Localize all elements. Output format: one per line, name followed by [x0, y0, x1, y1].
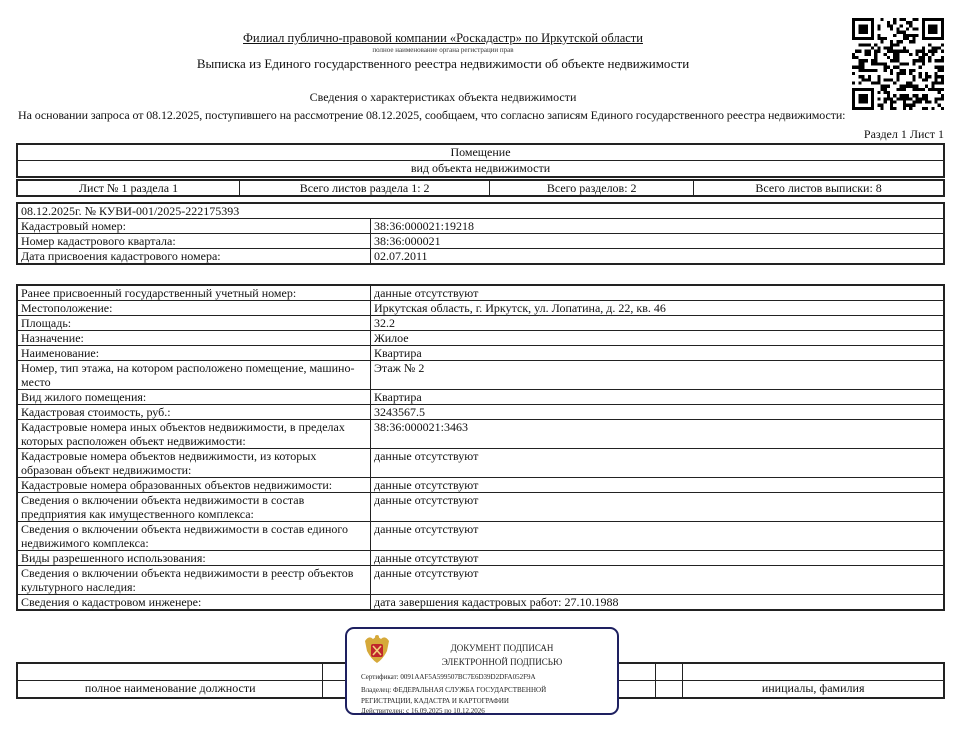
property-row: Номер, тип этажа, на котором расположено…: [17, 361, 944, 390]
row-value: данные отсутствуют: [371, 478, 945, 493]
property-row: Сведения о включении объекта недвижимост…: [17, 522, 944, 551]
row-value: данные отсутствуют: [371, 285, 945, 301]
row-label: Номер кадастрового квартала:: [17, 234, 371, 249]
property-row: Площадь: 32.2: [17, 316, 944, 331]
properties-table: Ранее присвоенный государственный учетны…: [16, 284, 945, 611]
row-label: Виды разрешенного использования:: [17, 551, 371, 566]
stamp-owner-cont: РЕГИСТРАЦИИ, КАДАСТРА И КАРТОГРАФИИ: [361, 697, 509, 705]
document-title: Выписка из Единого государственного реес…: [0, 56, 886, 72]
stamp-subtitle: ЭЛЕКТРОННОЙ ПОДПИСЬЮ: [407, 657, 597, 667]
row-value: 3243567.5: [371, 405, 945, 420]
row-value: Этаж № 2: [371, 361, 945, 390]
row-value: 02.07.2011: [371, 249, 945, 265]
row-value: данные отсутствуют: [371, 522, 945, 551]
property-row: Кадастровые номера образованных объектов…: [17, 478, 944, 493]
row-label: Сведения о кадастровом инженере:: [17, 595, 371, 611]
row-label: Площадь:: [17, 316, 371, 331]
coat-of-arms-icon: [361, 633, 393, 667]
row-label: Вид жилого помещения:: [17, 390, 371, 405]
extract-sheets-total: Всего листов выписки: 8: [694, 180, 944, 196]
row-label: Ранее присвоенный государственный учетны…: [17, 285, 371, 301]
sections-total: Всего разделов: 2: [490, 180, 694, 196]
property-row: Виды разрешенного использования: данные …: [17, 551, 944, 566]
property-row: Вид жилого помещения: Квартира: [17, 390, 944, 405]
position-caption: полное наименование должности: [17, 681, 323, 699]
identification-row: Номер кадастрового квартала: 38:36:00002…: [17, 234, 944, 249]
object-kind-caption: вид объекта недвижимости: [17, 161, 944, 178]
property-row: Кадастровые номера объектов недвижимости…: [17, 449, 944, 478]
row-label: Местоположение:: [17, 301, 371, 316]
object-kind-value: Помещение: [17, 144, 944, 161]
request-line: 08.12.2025г. № КУВИ-001/2025-222175393: [17, 203, 944, 219]
property-row: Наименование: Квартира: [17, 346, 944, 361]
property-row: Кадастровые номера иных объектов недвижи…: [17, 420, 944, 449]
row-label: Кадастровые номера объектов недвижимости…: [17, 449, 371, 478]
name-caption: инициалы, фамилия: [683, 681, 944, 699]
identification-table: 08.12.2025г. № КУВИ-001/2025-222175393 К…: [16, 202, 945, 265]
row-label: Кадастровые номера образованных объектов…: [17, 478, 371, 493]
row-label: Номер, тип этажа, на котором расположено…: [17, 361, 371, 390]
row-value: Квартира: [371, 390, 945, 405]
row-value: 38:36:000021:3463: [371, 420, 945, 449]
basis-text: На основании запроса от 08.12.2025, пост…: [18, 108, 845, 123]
property-row: Сведения о включении объекта недвижимост…: [17, 493, 944, 522]
row-label: Кадастровые номера иных объектов недвижи…: [17, 420, 371, 449]
row-value: данные отсутствуют: [371, 551, 945, 566]
row-value: данные отсутствуют: [371, 566, 945, 595]
row-label: Кадастровая стоимость, руб.:: [17, 405, 371, 420]
row-value: Иркутская область, г. Иркутск, ул. Лопат…: [371, 301, 945, 316]
row-value: 38:36:000021: [371, 234, 945, 249]
organization-caption: полное наименование органа регистрации п…: [0, 46, 886, 54]
row-value: 32.2: [371, 316, 945, 331]
organization-name: Филиал публично-правовой компании «Роска…: [0, 31, 886, 46]
property-row: Сведения о кадастровом инженере: дата за…: [17, 595, 944, 611]
document-subtitle: Сведения о характеристиках объекта недви…: [0, 90, 886, 105]
row-value: Жилое: [371, 331, 945, 346]
row-value: дата завершения кадастровых работ: 27.10…: [371, 595, 945, 611]
property-row: Назначение: Жилое: [17, 331, 944, 346]
sheet-number: Лист № 1 раздела 1: [17, 180, 239, 196]
property-row: Сведения о включении объекта недвижимост…: [17, 566, 944, 595]
property-row: Местоположение: Иркутская область, г. Ир…: [17, 301, 944, 316]
row-label: Сведения о включении объекта недвижимост…: [17, 493, 371, 522]
section-label: Раздел 1 Лист 1: [864, 127, 944, 142]
row-label: Сведения о включении объекта недвижимост…: [17, 566, 371, 595]
row-label: Кадастровый номер:: [17, 219, 371, 234]
row-value: данные отсутствуют: [371, 493, 945, 522]
row-value: 38:36:000021:19218: [371, 219, 945, 234]
electronic-signature-stamp: ДОКУМЕНТ ПОДПИСАН ЭЛЕКТРОННОЙ ПОДПИСЬЮ С…: [345, 627, 619, 715]
row-label: Сведения о включении объекта недвижимост…: [17, 522, 371, 551]
stamp-certificate: Сертификат: 0091AAF5A599507BC7E6D39D2DFA…: [361, 673, 536, 681]
section-sheets-total: Всего листов раздела 1: 2: [239, 180, 489, 196]
row-label: Наименование:: [17, 346, 371, 361]
row-value: данные отсутствуют: [371, 449, 945, 478]
object-kind-table: Помещение вид объекта недвижимости: [16, 143, 945, 178]
identification-row: Дата присвоения кадастрового номера: 02.…: [17, 249, 944, 265]
row-label: Дата присвоения кадастрового номера:: [17, 249, 371, 265]
row-label: Назначение:: [17, 331, 371, 346]
identification-row: Кадастровый номер: 38:36:000021:19218: [17, 219, 944, 234]
stamp-title: ДОКУМЕНТ ПОДПИСАН: [407, 643, 597, 653]
row-value: Квартира: [371, 346, 945, 361]
stamp-validity: Действителен: с 16.09.2025 по 10.12.2026: [361, 707, 485, 715]
property-row: Кадастровая стоимость, руб.: 3243567.5: [17, 405, 944, 420]
sheets-table: Лист № 1 раздела 1 Всего листов раздела …: [16, 179, 945, 197]
stamp-owner: Владелец: ФЕДЕРАЛЬНАЯ СЛУЖБА ГОСУДАРСТВЕ…: [361, 686, 546, 694]
property-row: Ранее присвоенный государственный учетны…: [17, 285, 944, 301]
